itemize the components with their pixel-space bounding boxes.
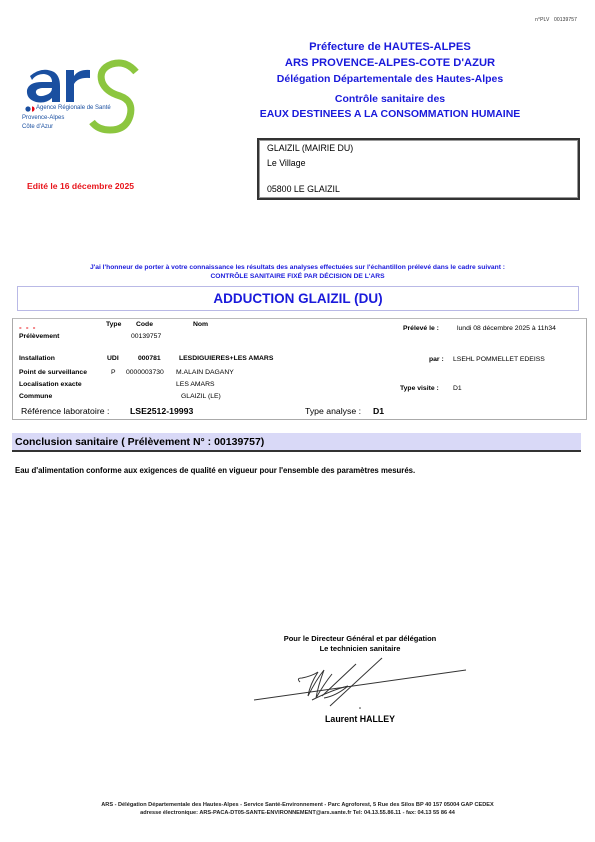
logo-region-line2: Côte d'Azur bbox=[22, 124, 53, 130]
header-prefecture: Préfecture de HAUTES-ALPES bbox=[195, 40, 585, 54]
point-code: 0000003730 bbox=[126, 369, 164, 376]
header-delegation: Délégation Départementale des Hautes-Alp… bbox=[195, 72, 585, 86]
conclusion-text: Eau d'alimentation conforme aux exigence… bbox=[15, 466, 415, 475]
preleve-le-label: Prélevé le : bbox=[403, 325, 439, 332]
recipient-address-box: GLAIZIL (MAIRIE DU) Le Village 05800 LE … bbox=[257, 138, 580, 200]
intro-framework: CONTRÔLE SANITAIRE FIXÉ PAR DÉCISION DE … bbox=[20, 273, 575, 280]
sample-info-panel: - - - Type Code Nom Prélèvement 00139757… bbox=[12, 318, 587, 420]
logo-region-line1: Provence-Alpes bbox=[22, 115, 64, 121]
ref-labo-value: LSE2512-19993 bbox=[130, 406, 193, 416]
installation-name: LESDIGUIERES+LES AMARS bbox=[179, 355, 273, 362]
recipient-street: Le Village bbox=[267, 158, 305, 168]
recipient-city: 05800 LE GLAIZIL bbox=[267, 184, 340, 194]
recipient-name: GLAIZIL (MAIRIE DU) bbox=[267, 143, 353, 153]
installation-type: UDI bbox=[107, 355, 119, 362]
footer-contact: adresse électronique: ARS-PACA-DT05-SANT… bbox=[30, 810, 565, 816]
localisation-value: LES AMARS bbox=[176, 381, 215, 388]
type-analyse-label: Type analyse : bbox=[305, 406, 361, 416]
localisation-label: Localisation exacte bbox=[19, 381, 82, 388]
commune-value: GLAIZIL (LE) bbox=[181, 393, 221, 400]
ars-logo: Agence Régionale de Santé Provence-Alpes… bbox=[22, 58, 147, 153]
ref-labo-label: Référence laboratoire : bbox=[21, 406, 109, 416]
installation-code: 000781 bbox=[138, 355, 161, 362]
edited-date: Edité le 16 décembre 2025 bbox=[27, 181, 134, 191]
signature-delegation: Pour le Directeur Général et par délégat… bbox=[240, 634, 480, 644]
plv-number: 00139757 bbox=[554, 17, 577, 23]
type-analyse-value: D1 bbox=[373, 406, 384, 416]
signature-role: Le technicien sanitaire bbox=[240, 644, 480, 654]
type-visite-label: Type visite : bbox=[400, 385, 439, 392]
preleve-le-value: lundi 08 décembre 2025 à 11h34 bbox=[457, 325, 556, 332]
plv-label: n°PLV bbox=[535, 17, 549, 23]
type-visite-value: D1 bbox=[453, 385, 462, 392]
installation-label: Installation bbox=[19, 355, 55, 362]
col-type-header: Type bbox=[106, 321, 121, 328]
prelevement-code: 00139757 bbox=[131, 333, 161, 340]
commune-label: Commune bbox=[19, 393, 52, 400]
point-name: M.ALAIN DAGANY bbox=[176, 369, 234, 376]
signatory-name: Laurent HALLEY bbox=[240, 714, 480, 724]
col-nom-header: Nom bbox=[193, 321, 208, 328]
intro-text: J'ai l'honneur de porter à votre connais… bbox=[20, 264, 575, 271]
footer-address: ARS - Délégation Départementale des Haut… bbox=[30, 802, 565, 808]
handwritten-signature-icon bbox=[252, 656, 468, 712]
plv-reference: n°PLV 00139757 bbox=[535, 17, 577, 23]
point-type: P bbox=[111, 369, 116, 376]
conclusion-title: Conclusion sanitaire ( Prélèvement N° : … bbox=[12, 433, 581, 452]
logo-agency-name: Agence Régionale de Santé bbox=[36, 105, 111, 111]
point-label: Point de surveillance bbox=[19, 369, 87, 376]
par-value: LSEHL POMMELLET EDEISS bbox=[453, 356, 545, 363]
header-ars: ARS PROVENCE-ALPES-COTE D'AZUR bbox=[195, 56, 585, 70]
status-dashes: - - - bbox=[19, 323, 36, 332]
par-label: par : bbox=[429, 356, 444, 363]
adduction-title: ADDUCTION GLAIZIL (DU) bbox=[17, 286, 579, 311]
prelevement-label: Prélèvement bbox=[19, 333, 59, 340]
header-eaux: EAUX DESTINEES A LA CONSOMMATION HUMAINE bbox=[195, 107, 585, 121]
col-code-header: Code bbox=[136, 321, 153, 328]
header-controle: Contrôle sanitaire des bbox=[195, 92, 585, 106]
